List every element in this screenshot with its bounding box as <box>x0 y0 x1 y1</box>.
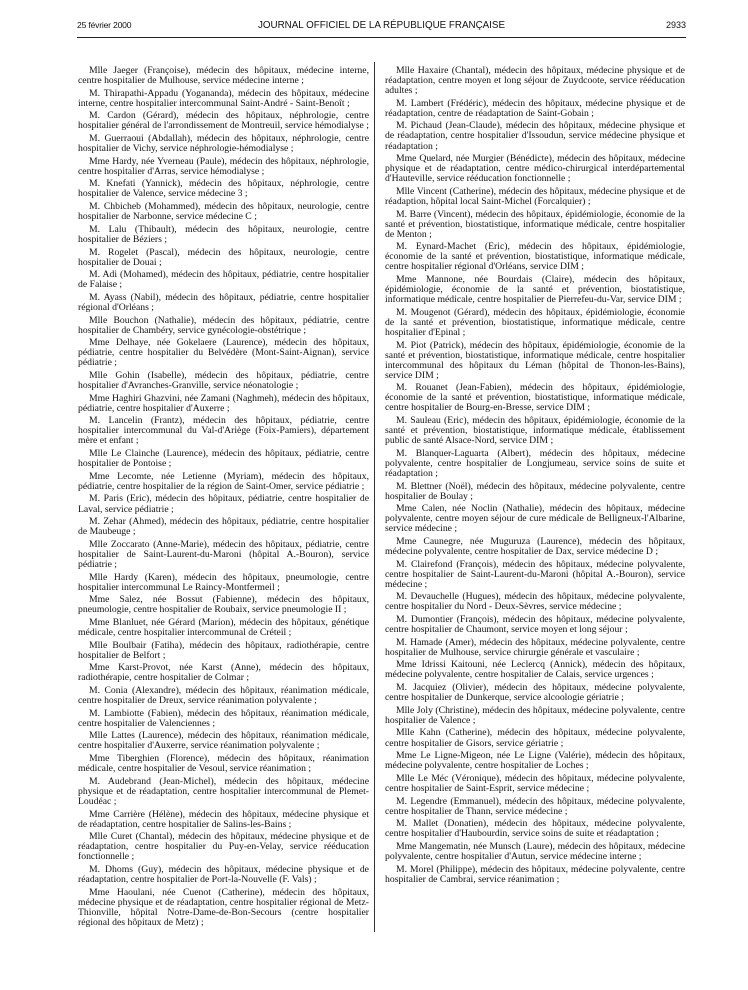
header-rule <box>77 37 686 38</box>
appointment-entry: M. Adi (Mohamed), médecin des hôpitaux, … <box>78 270 369 290</box>
appointment-entry: M. Lambert (Frédéric), médecin des hôpit… <box>385 99 685 119</box>
appointment-entry: Mme Salez, née Bossut (Fabienne), médeci… <box>78 595 369 615</box>
appointment-entry: M. Mallet (Donatien), médecin des hôpita… <box>385 819 685 839</box>
appointment-entry: M. Lalu (Thibault), médecin des hôpitaux… <box>78 225 369 245</box>
appointment-entry: M. Rogelet (Pascal), médecin des hôpitau… <box>78 248 369 268</box>
appointment-entry: M. Morel (Philippe), médecin des hôpitau… <box>385 865 685 885</box>
appointment-entry: M. Lambiotte (Fabien), médecin des hôpit… <box>78 709 369 729</box>
appointment-entry: M. Mougenot (Gérard), médecin des hôpita… <box>385 308 685 338</box>
appointment-entry: Mme Blanluet, née Gérard (Marion), médec… <box>78 618 369 638</box>
appointment-entry: M. Conia (Alexandre), médecin des hôpita… <box>78 686 369 706</box>
appointment-entry: Mlle Kahn (Catherine), médecin des hôpit… <box>385 728 685 748</box>
appointment-entry: Mme Mangematin, née Munsch (Laure), méde… <box>385 842 685 862</box>
appointment-entry: M. Eynard-Machet (Eric), médecin des hôp… <box>385 242 685 272</box>
appointment-entry: Mme Calen, née Noclin (Nathalie), médeci… <box>385 504 685 534</box>
appointment-entry: Mlle Curet (Chantal), médecin des hôpita… <box>78 832 369 862</box>
appointment-entry: M. Chbicheb (Mohammed), médecin des hôpi… <box>78 202 369 222</box>
appointment-entry: Mlle Vincent (Catherine), médecin des hô… <box>385 187 685 207</box>
appointment-entry: Mme Carrière (Hélène), médecin des hôpit… <box>78 810 369 830</box>
appointment-entry: M. Thirapathi-Appadu (Yogananda), médeci… <box>78 89 369 109</box>
appointment-entry: M. Devauchelle (Hugues), médecin des hôp… <box>385 592 685 612</box>
column-divider <box>374 62 375 932</box>
appointment-entry: M. Piot (Patrick), médecin des hôpitaux,… <box>385 341 685 381</box>
appointment-entry: M. Hamade (Amer), médecin des hôpitaux, … <box>385 638 685 658</box>
journal-title: JOURNAL OFFICIEL DE LA RÉPUBLIQUE FRANÇA… <box>77 20 686 31</box>
appointment-entry: Mme Quelard, née Murgier (Bénédicte), mé… <box>385 154 685 184</box>
appointment-entry: M. Knefati (Yannick), médecin des hôpita… <box>78 179 369 199</box>
appointment-entry: M. Paris (Eric), médecin des hôpitaux, p… <box>78 494 369 514</box>
appointment-entry: Mlle Le Méc (Véronique), médecin des hôp… <box>385 774 685 794</box>
appointment-entry: Mme Idrissi Kaitouni, née Leclercq (Anni… <box>385 660 685 680</box>
appointment-entry: Mlle Hardy (Karen), médecin des hôpitaux… <box>78 573 369 593</box>
appointment-entry: M. Dhoms (Guy), médecin des hôpitaux, mé… <box>78 865 369 885</box>
appointment-entry: M. Dumontier (François), médecin des hôp… <box>385 615 685 635</box>
appointment-entry: Mlle Gohin (Isabelle), médecin des hôpit… <box>78 371 369 391</box>
page-header: 25 février 2000 JOURNAL OFFICIEL DE LA R… <box>77 20 686 34</box>
appointment-entry: Mme Le Ligne-Migeon, née Le Ligne (Valér… <box>385 751 685 771</box>
page-number: 2933 <box>666 20 686 30</box>
appointment-entry: Mlle Bouchon (Nathalie), médecin des hôp… <box>78 316 369 336</box>
appointment-entry: M. Rouanet (Jean-Fabien), médecin des hô… <box>385 383 685 413</box>
appointment-entry: M. Pichaud (Jean-Claude), médecin des hô… <box>385 121 685 151</box>
appointment-entry: M. Ayass (Nabil), médecin des hôpitaux, … <box>78 293 369 313</box>
appointment-entry: Mlle Lattes (Laurence), médecin des hôpi… <box>78 731 369 751</box>
appointment-entry: M. Jacquiez (Olivier), médecin des hôpit… <box>385 683 685 703</box>
appointment-entry: M. Blettner (Noël), médecin des hôpitaux… <box>385 482 685 502</box>
appointment-entry: Mme Tiberghien (Florence), médecin des h… <box>78 754 369 774</box>
appointment-entry: Mme Lecomte, née Letienne (Myriam), méde… <box>78 472 369 492</box>
appointment-entry: Mlle Haxaire (Chantal), médecin des hôpi… <box>385 66 685 96</box>
appointment-entry: M. Guerraoui (Abdallah), médecin des hôp… <box>78 134 369 154</box>
appointment-entry: Mlle Le Clainche (Laurence), médecin des… <box>78 449 369 469</box>
appointment-entry: M. Audebrand (Jean-Michel), médecin des … <box>78 777 369 807</box>
appointment-entry: Mlle Zoccarato (Anne-Marie), médecin des… <box>78 540 369 570</box>
appointment-entry: M. Lancelin (Frantz), médecin des hôpita… <box>78 416 369 446</box>
appointment-entry: Mme Delhaye, née Gokelaere (Laurence), m… <box>78 338 369 368</box>
appointment-entry: M. Legendre (Emmanuel), médecin des hôpi… <box>385 797 685 817</box>
appointment-entry: M. Blanquer-Laguarta (Albert), médecin d… <box>385 449 685 479</box>
right-column: Mlle Haxaire (Chantal), médecin des hôpi… <box>385 66 685 887</box>
left-column: Mlle Jaeger (Françoise), médecin des hôp… <box>78 66 369 930</box>
appointment-entry: Mlle Boulbair (Fatiha), médecin des hôpi… <box>78 641 369 661</box>
appointment-entry: Mlle Joly (Christine), médecin des hôpit… <box>385 706 685 726</box>
appointment-entry: Mlle Jaeger (Françoise), médecin des hôp… <box>78 66 369 86</box>
appointment-entry: Mme Mannone, née Bourdais (Claire), méde… <box>385 275 685 305</box>
appointment-entry: Mme Caunegre, née Muguruza (Laurence), m… <box>385 537 685 557</box>
appointment-entry: M. Cardon (Gérard), médecin des hôpitaux… <box>78 111 369 131</box>
appointment-entry: Mme Karst-Provot, née Karst (Anne), méde… <box>78 663 369 683</box>
appointment-entry: M. Zehar (Ahmed), médecin des hôpitaux, … <box>78 517 369 537</box>
appointment-entry: M. Barre (Vincent), médecin des hôpitaux… <box>385 210 685 240</box>
appointment-entry: Mme Hardy, née Yverneau (Paule), médecin… <box>78 157 369 177</box>
appointment-entry: Mme Haoulani, née Cuenot (Catherine), mé… <box>78 888 369 928</box>
appointment-entry: M. Clairefond (François), médecin des hô… <box>385 560 685 590</box>
appointment-entry: M. Sauleau (Eric), médecin des hôpitaux,… <box>385 416 685 446</box>
appointment-entry: Mme Haghiri Ghazvini, née Zamani (Naghme… <box>78 394 369 414</box>
